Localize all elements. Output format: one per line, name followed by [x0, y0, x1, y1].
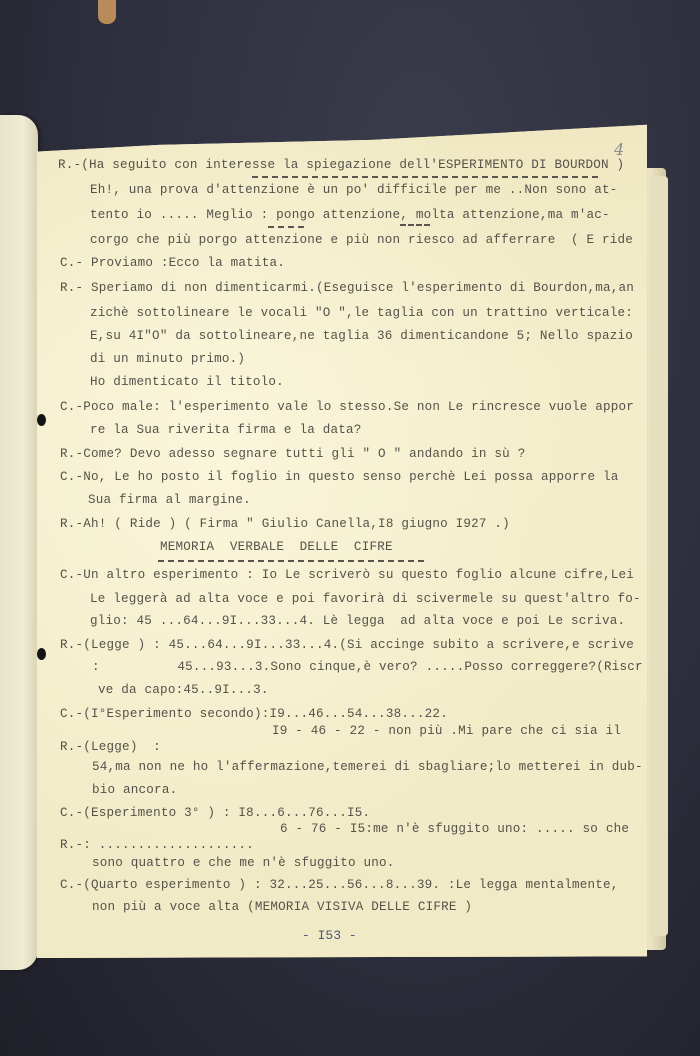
binder-hole-icon [37, 648, 46, 660]
transcript-line: di un minuto primo.) [90, 352, 245, 366]
transcript-line: glio: 45 ...64...9I...33...4. Lè legga a… [90, 614, 625, 628]
transcript-line: zichè sottolineare le vocali "O ",le tag… [90, 306, 633, 320]
binder-tab [98, 0, 116, 24]
transcript-line: R.-: .................... [60, 838, 254, 852]
section-heading: MEMORIA VERBALE DELLE CIFRE [160, 540, 393, 554]
transcript-line: R.- Speriamo di non dimenticarmi.(Esegui… [60, 281, 634, 295]
transcript-line: C.-(Esperimento 3° ) : I8...6...76...I5. [60, 806, 370, 820]
transcript-line: E,su 4I"O" da sottolineare,ne taglia 36 … [90, 329, 633, 343]
transcript-line: sono quattro e che me n'è sfuggito uno. [92, 856, 395, 870]
pencil-page-number: 4 [614, 140, 624, 159]
transcript-line: corgo che più porgo attenzione e più non… [90, 233, 633, 247]
page-number: - I53 - [302, 928, 357, 943]
transcript-line: R.-(Legge) : [60, 740, 161, 754]
transcript-line: ve da capo:45..9I...3. [98, 683, 269, 697]
binder-hole-icon [37, 414, 46, 426]
transcript-line: R.-(Legge ) : 45...64...9I...33...4.(Si … [60, 638, 634, 652]
transcript-line: Sua firma al margine. [88, 493, 251, 507]
page-stack-edge [650, 176, 668, 936]
transcript-line: re la Sua riverita firma e la data? [90, 423, 362, 437]
transcript-line: C.-No, Le ho posto il foglio in questo s… [60, 470, 619, 484]
facing-page-curl [0, 115, 38, 970]
transcript-line: 6 - 76 - I5:me n'è sfuggito uno: ..... s… [280, 822, 629, 836]
transcript-line: non più a voce alta (MEMORIA VISIVA DELL… [92, 900, 472, 914]
transcript-line: Ho dimenticato il titolo. [90, 375, 284, 389]
transcript-line: I9 - 46 - 22 - non più .Mi pare che ci s… [272, 724, 621, 738]
transcript-line: : 45...93...3.Sono cinque,è vero? .....P… [92, 660, 643, 674]
transcript-line: C.-(I°Esperimento secondo):I9...46...54.… [60, 707, 448, 721]
transcript-line: Le leggerà ad alta voce e poi favorirà d… [90, 592, 641, 606]
transcript-line: tento io ..... Meglio : pongo attenzione… [90, 208, 610, 222]
transcript-line: R.-(Ha seguito con interesse la spiegazi… [58, 158, 624, 172]
transcript-line: R.-Come? Devo adesso segnare tutti gli "… [60, 447, 525, 461]
transcript-line: R.-Ah! ( Ride ) ( Firma " Giulio Canella… [60, 517, 510, 531]
transcript-line: C.- Proviamo :Ecco la matita. [60, 256, 285, 270]
transcript-line: Eh!, una prova d'attenzione è un po' dif… [90, 183, 618, 197]
transcript-line: C.-(Quarto esperimento ) : 32...25...56.… [60, 878, 619, 892]
underline-pongo [268, 226, 304, 228]
transcript-line: 54,ma non ne ho l'affermazione,temerei d… [92, 760, 643, 774]
transcript-line: bio ancora. [92, 783, 177, 797]
heading-underline [158, 560, 424, 562]
underline-molta [400, 224, 430, 226]
transcript-line: C.-Poco male: l'esperimento vale lo stes… [60, 400, 634, 414]
underline-esperimento [252, 176, 598, 178]
transcript-line: C.-Un altro esperimento : Io Le scriverò… [60, 568, 634, 582]
